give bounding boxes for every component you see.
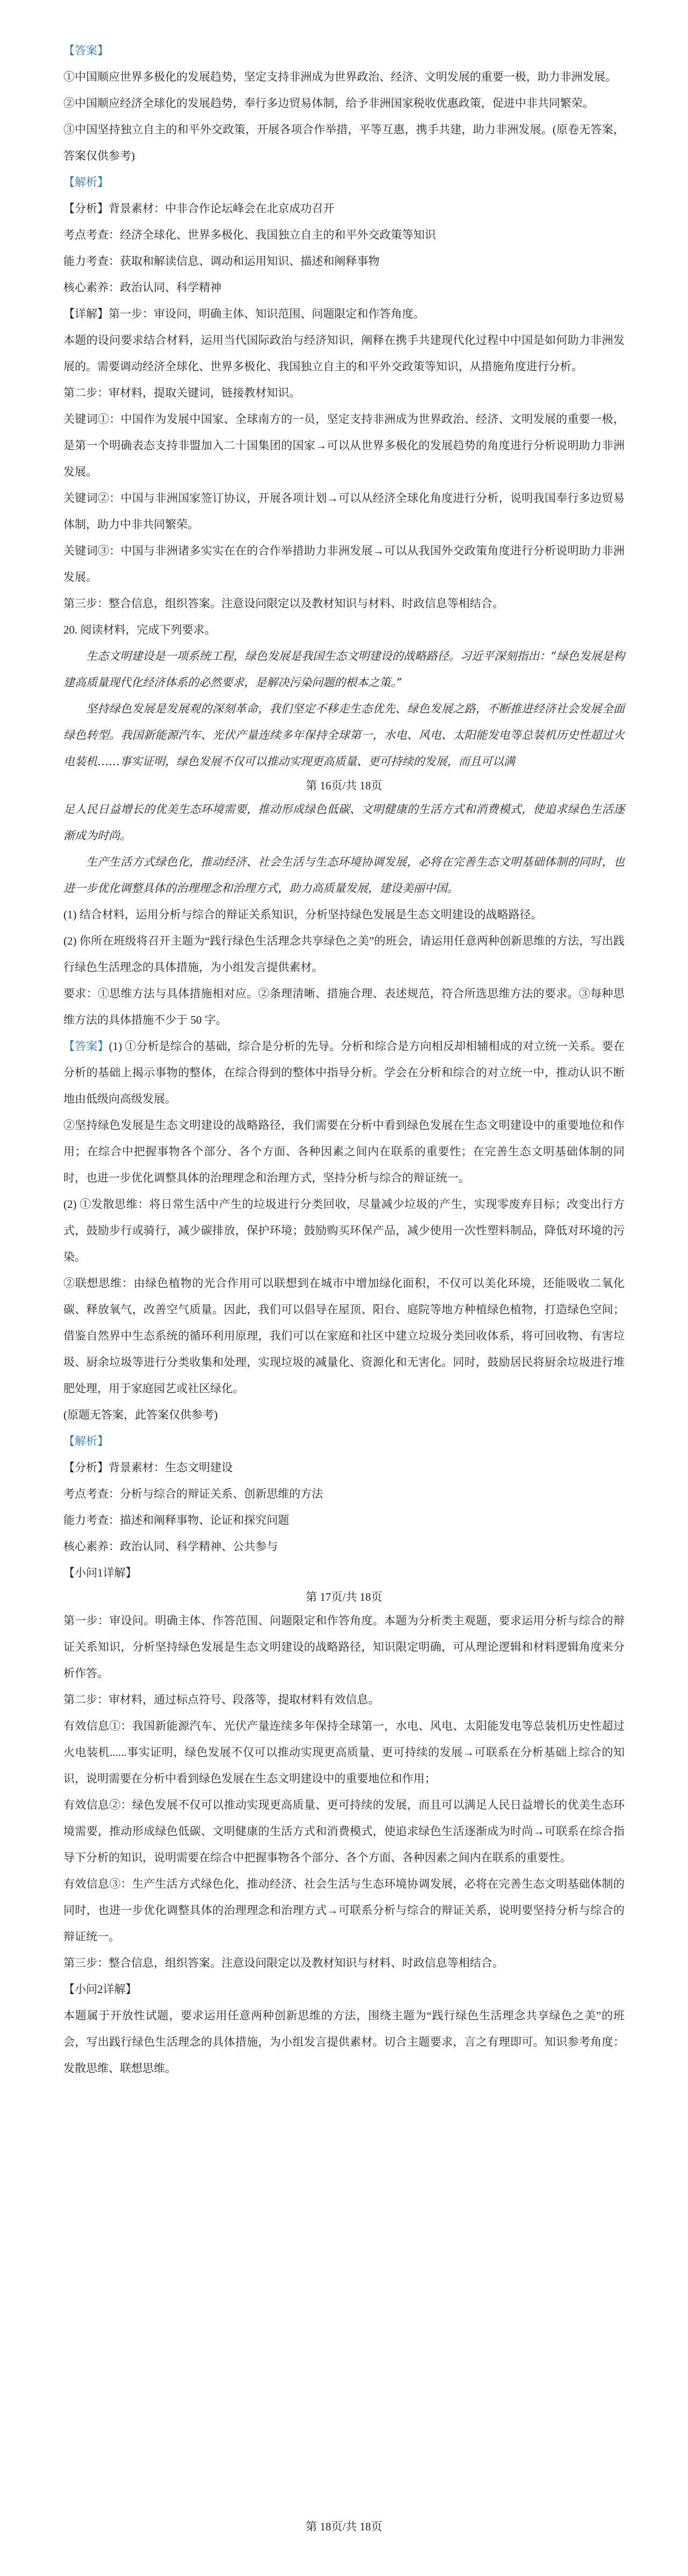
answer-20-note: (原题无答案，此答案仅供参考)	[63, 1402, 625, 1428]
answer-20-sub2-point2-text: ②联想思维：由绿色植物的光合作用可以联想到在城市中增加绿化面积，不仅可以美化环境…	[63, 1277, 625, 1395]
question-20-material-2a: 坚持绿色发展是发展观的深刻革命，我们坚定不移走生态优先、绿色发展之路，不断推进经…	[63, 696, 625, 775]
effective-info-1: 有效信息①：我国新能源汽车、光伏产量连续多年保持全球第一，水电、风电、太阳能发电…	[63, 1713, 625, 1792]
answer-20-sub1-point1: 【答案】(1) ①分析是综合的基础，综合是分析的先导。分析和综合是方向相反却相辅…	[63, 1033, 625, 1112]
core-literacy: 核心素养：政治认同、科学精神	[63, 275, 625, 301]
sub1-step-3-text: 第三步：整合信息，组织答案。注意设问限定以及教材知识与材料、时政信息等相结合。	[63, 1956, 504, 1969]
core-literacy-text: 核心素养：政治认同、科学精神	[63, 281, 221, 294]
answer-20-sub1-point2-text: ②坚持绿色发展是生态文明建设的战略路径，我们需要在分析中看到绿色发展在生态文明建…	[63, 1119, 625, 1184]
effective-info-1-text: 有效信息①：我国新能源汽车、光伏产量连续多年保持全球第一，水电、风电、太阳能发电…	[63, 1719, 625, 1785]
keyword-1: 关键词①：中国作为发展中国家、全球南方的一员，坚定支持非洲成为世界政治、经济、文…	[63, 406, 625, 485]
sub2-detail-body-text: 本题属于开放性试题，要求运用任意两种创新思维的方法，围绕主题为“践行绿色生活理念…	[63, 2009, 625, 2075]
answer-20-sub1-point1-text: (1) ①分析是综合的基础，综合是分析的先导。分析和综合是方向相反却相辅相成的对…	[63, 1040, 625, 1105]
effective-info-3: 有效信息③：生产生活方式绿色化，推动经济、社会生活与生态环境协调发展，必将在完善…	[63, 1871, 625, 1950]
analysis-label: 【解析】	[63, 169, 625, 196]
answer-point-2-text: ②中国顺应经济全球化的发展趋势，奉行多边贸易体制，给予非洲国家税收优惠政策，促进…	[63, 97, 594, 110]
question-20-sub-1: (1) 结合材料，运用分析与综合的辩证关系知识，分析坚持绿色发展是生态文明建设的…	[63, 902, 625, 928]
question-20-requirements-text: 要求：①思维方法与具体措施相对应。②条理清晰、措施合理、表述规范，符合所选思维方…	[63, 987, 625, 1026]
effective-info-2-text: 有效信息②：绿色发展不仅可以推动实现更高质量、更可持续的发展，而且可以满足人民日…	[63, 1798, 625, 1864]
answer-point-1: ①中国顺应世界多极化的发展趋势，坚定支持非洲成为世界政治、经济、文明发展的重要一…	[63, 64, 625, 90]
analysis-background-20-text: 【分析】背景素材：生态文明建设	[63, 1461, 233, 1474]
exam-points: 考点考查：经济全球化、世界多极化、我国独立自主的和平外交政策等知识	[63, 222, 625, 248]
answer-20-sub2-point1-text: (2) ①发散思维：将日常生活中产生的垃圾进行分类回收，尽量减少垃圾的产生，实现…	[63, 1198, 625, 1263]
ability-points-20: 能力考查：描述和阐释事物、论证和探究问题	[63, 1507, 625, 1534]
sub1-step-3: 第三步：整合信息，组织答案。注意设问限定以及教材知识与材料、时政信息等相结合。	[63, 1950, 625, 1976]
question-20-material-3: 生产生活方式绿色化，推动经济、社会生活与生态环境协调发展，必将在完善生态文明基础…	[63, 849, 625, 902]
question-20-title-text: 20. 阅读材料，完成下列要求。	[63, 623, 216, 636]
blue-bracket-label: 【答案】	[63, 44, 109, 57]
detail-step-2-text: 第二步：审材料，提取关键词，链接教材知识。	[63, 386, 300, 399]
question-20-sub-2: (2) 你所在班级将召开主题为“践行绿色生活理念共享绿色之美”的班会，请运用任意…	[63, 928, 625, 981]
ability-points: 能力考查：获取和解读信息、调动和运用知识、描述和阐释事物	[63, 248, 625, 275]
answer-20-sub2-point2: ②联想思维：由绿色植物的光合作用可以联想到在城市中增加绿化面积，不仅可以美化环境…	[63, 1270, 625, 1402]
detail-step-3-text: 第三步：整合信息，组织答案。注意设问限定以及教材知识与材料、时政信息等相结合。	[63, 597, 504, 610]
detail-step-1-body: 本题的设问要求结合材料，运用当代国际政治与经济知识，阐释在携手共建现代化过程中中…	[63, 327, 625, 380]
detail-step-1: 【详解】第一步：审设问，明确主体、知识范围、问题限定和作答角度。	[63, 301, 625, 327]
blue-bracket-label: 【解析】	[63, 1435, 109, 1448]
detail-step-1-text: 【详解】第一步：审设问，明确主体、知识范围、问题限定和作答角度。	[63, 307, 425, 320]
sub-question-2-detail-label-text: 【小问2详解】	[63, 1983, 137, 1996]
sub-question-1-detail-label-text: 【小问1详解】	[63, 1566, 137, 1579]
detail-step-3: 第三步：整合信息，组织答案。注意设问限定以及教材知识与材料、时政信息等相结合。	[63, 591, 625, 617]
analysis-label-20: 【解析】	[63, 1428, 625, 1455]
sub1-step-1-text: 第一步：审设问。明确主体、作答范围、问题限定和作答角度。本题为分析类主观题，要求…	[63, 1614, 625, 1680]
page-footer-17: 第 17页/共 18页	[63, 1586, 625, 1608]
answer-20-sub1-point2: ②坚持绿色发展是生态文明建设的战略路径，我们需要在分析中看到绿色发展在生态文明建…	[63, 1112, 625, 1191]
question-20-material-1: 生态文明建设是一项系统工程，绿色发展是我国生态文明建设的战略路径。习近平深刻指出…	[63, 643, 625, 696]
question-20-material-2b-text: 足人民日益增长的优美生态环境需要，推动形成绿色低碳、文明健康的生活方式和消费模式…	[63, 803, 625, 842]
ability-points-text: 能力考查：获取和解读信息、调动和运用知识、描述和阐释事物	[63, 255, 379, 268]
exam-points-20: 考点考查：分析与综合的辩证关系、创新思维的方法	[63, 1481, 625, 1507]
keyword-2: 关键词②：中国与非洲国家签订协议，开展各项计划→可以从经济全球化角度进行分析，说…	[63, 485, 625, 538]
page-footer-16-text: 第 16页/共 18页	[306, 779, 382, 792]
sub1-step-1: 第一步：审设问。明确主体、作答范围、问题限定和作答角度。本题为分析类主观题，要求…	[63, 1608, 625, 1687]
answer-point-3: ③中国坚持独立自主的和平外交政策，开展各项合作举措，平等互惠，携手共建，助力非洲…	[63, 117, 625, 169]
core-literacy-20: 核心素养：政治认同、科学精神、公共参与	[63, 1534, 625, 1560]
document-page: 【答案】①中国顺应世界多极化的发展趋势，坚定支持非洲成为世界政治、经济、文明发展…	[0, 0, 688, 2576]
page-footer-17-text: 第 17页/共 18页	[306, 1591, 382, 1603]
sub1-step-2-text: 第二步：审材料，通过标点符号、段落等，提取材料有效信息。	[63, 1693, 379, 1706]
detail-step-2: 第二步：审材料，提取关键词，链接教材知识。	[63, 380, 625, 406]
ability-points-20-text: 能力考查：描述和阐释事物、论证和探究问题	[63, 1514, 289, 1527]
analysis-background: 【分析】背景素材：中非合作论坛峰会在北京成功召开	[63, 196, 625, 222]
sub2-detail-body: 本题属于开放性试题，要求运用任意两种创新思维的方法，围绕主题为“践行绿色生活理念…	[63, 2003, 625, 2082]
page-footer-16: 第 16页/共 18页	[63, 775, 625, 796]
keyword-3: 关键词③：中国与非洲诸多实实在在的合作举措助力非洲发展→可以从我国外交政策角度进…	[63, 538, 625, 591]
effective-info-3-text: 有效信息③：生产生活方式绿色化，推动经济、社会生活与生态环境协调发展，必将在完善…	[63, 1877, 625, 1943]
core-literacy-20-text: 核心素养：政治认同、科学精神、公共参与	[63, 1540, 278, 1553]
blue-bracket-label: 【解析】	[63, 176, 109, 189]
question-20-material-2a-text: 坚持绿色发展是发展观的深刻革命，我们坚定不移走生态优先、绿色发展之路，不断推进经…	[63, 702, 625, 768]
keyword-1-text: 关键词①：中国作为发展中国家、全球南方的一员，坚定支持非洲成为世界政治、经济、文…	[63, 413, 625, 478]
analysis-background-20: 【分析】背景素材：生态文明建设	[63, 1455, 625, 1481]
question-20-requirements: 要求：①思维方法与具体措施相对应。②条理清晰、措施合理、表述规范，符合所选思维方…	[63, 981, 625, 1033]
sub1-step-2: 第二步：审材料，通过标点符号、段落等，提取材料有效信息。	[63, 1687, 625, 1713]
keyword-3-text: 关键词③：中国与非洲诸多实实在在的合作举措助力非洲发展→可以从我国外交政策角度进…	[63, 544, 625, 584]
sub-question-2-detail-label: 【小问2详解】	[63, 1976, 625, 2003]
exam-points-text: 考点考查：经济全球化、世界多极化、我国独立自主的和平外交政策等知识	[63, 228, 436, 241]
answer-point-1-text: ①中国顺应世界多极化的发展趋势，坚定支持非洲成为世界政治、经济、文明发展的重要一…	[63, 70, 617, 83]
question-20-title: 20. 阅读材料，完成下列要求。	[63, 617, 625, 643]
answer-20-sub2-point1: (2) ①发散思维：将日常生活中产生的垃圾进行分类回收，尽量减少垃圾的产生，实现…	[63, 1191, 625, 1270]
blue-bracket-label: 【答案】	[63, 1040, 109, 1053]
analysis-background-text: 【分析】背景素材：中非合作论坛峰会在北京成功召开	[63, 202, 334, 215]
sub-question-1-detail-label: 【小问1详解】	[63, 1560, 625, 1586]
answer-point-2: ②中国顺应经济全球化的发展趋势，奉行多边贸易体制，给予非洲国家税收优惠政策，促进…	[63, 90, 625, 117]
effective-info-2: 有效信息②：绿色发展不仅可以推动实现更高质量、更可持续的发展，而且可以满足人民日…	[63, 1792, 625, 1871]
question-20-material-2b: 足人民日益增长的优美生态环境需要，推动形成绿色低碳、文明健康的生活方式和消费模式…	[63, 796, 625, 849]
question-20-sub-1-text: (1) 结合材料，运用分析与综合的辩证关系知识，分析坚持绿色发展是生态文明建设的…	[63, 908, 542, 921]
answer-20-note-text: (原题无答案，此答案仅供参考)	[63, 1408, 218, 1421]
question-20-material-1-text: 生态文明建设是一项系统工程，绿色发展是我国生态文明建设的战略路径。习近平深刻指出…	[63, 650, 625, 689]
answer-label: 【答案】	[63, 38, 625, 64]
keyword-2-text: 关键词②：中国与非洲国家签订协议，开展各项计划→可以从经济全球化角度进行分析，说…	[63, 492, 625, 531]
document-body: 【答案】①中国顺应世界多极化的发展趋势，坚定支持非洲成为世界政治、经济、文明发展…	[63, 38, 625, 2082]
page-footer-bottom: 第 18页/共 18页	[0, 2518, 688, 2534]
question-20-sub-2-text: (2) 你所在班级将召开主题为“践行绿色生活理念共享绿色之美”的班会，请运用任意…	[63, 934, 625, 974]
detail-step-1-body-text: 本题的设问要求结合材料，运用当代国际政治与经济知识，阐释在携手共建现代化过程中中…	[63, 334, 625, 373]
exam-points-20-text: 考点考查：分析与综合的辩证关系、创新思维的方法	[63, 1487, 323, 1500]
question-20-material-3-text: 生产生活方式绿色化，推动经济、社会生活与生态环境协调发展，必将在完善生态文明基础…	[63, 855, 625, 895]
answer-point-3-text: ③中国坚持独立自主的和平外交政策，开展各项合作举措，平等互惠，携手共建，助力非洲…	[63, 123, 625, 162]
